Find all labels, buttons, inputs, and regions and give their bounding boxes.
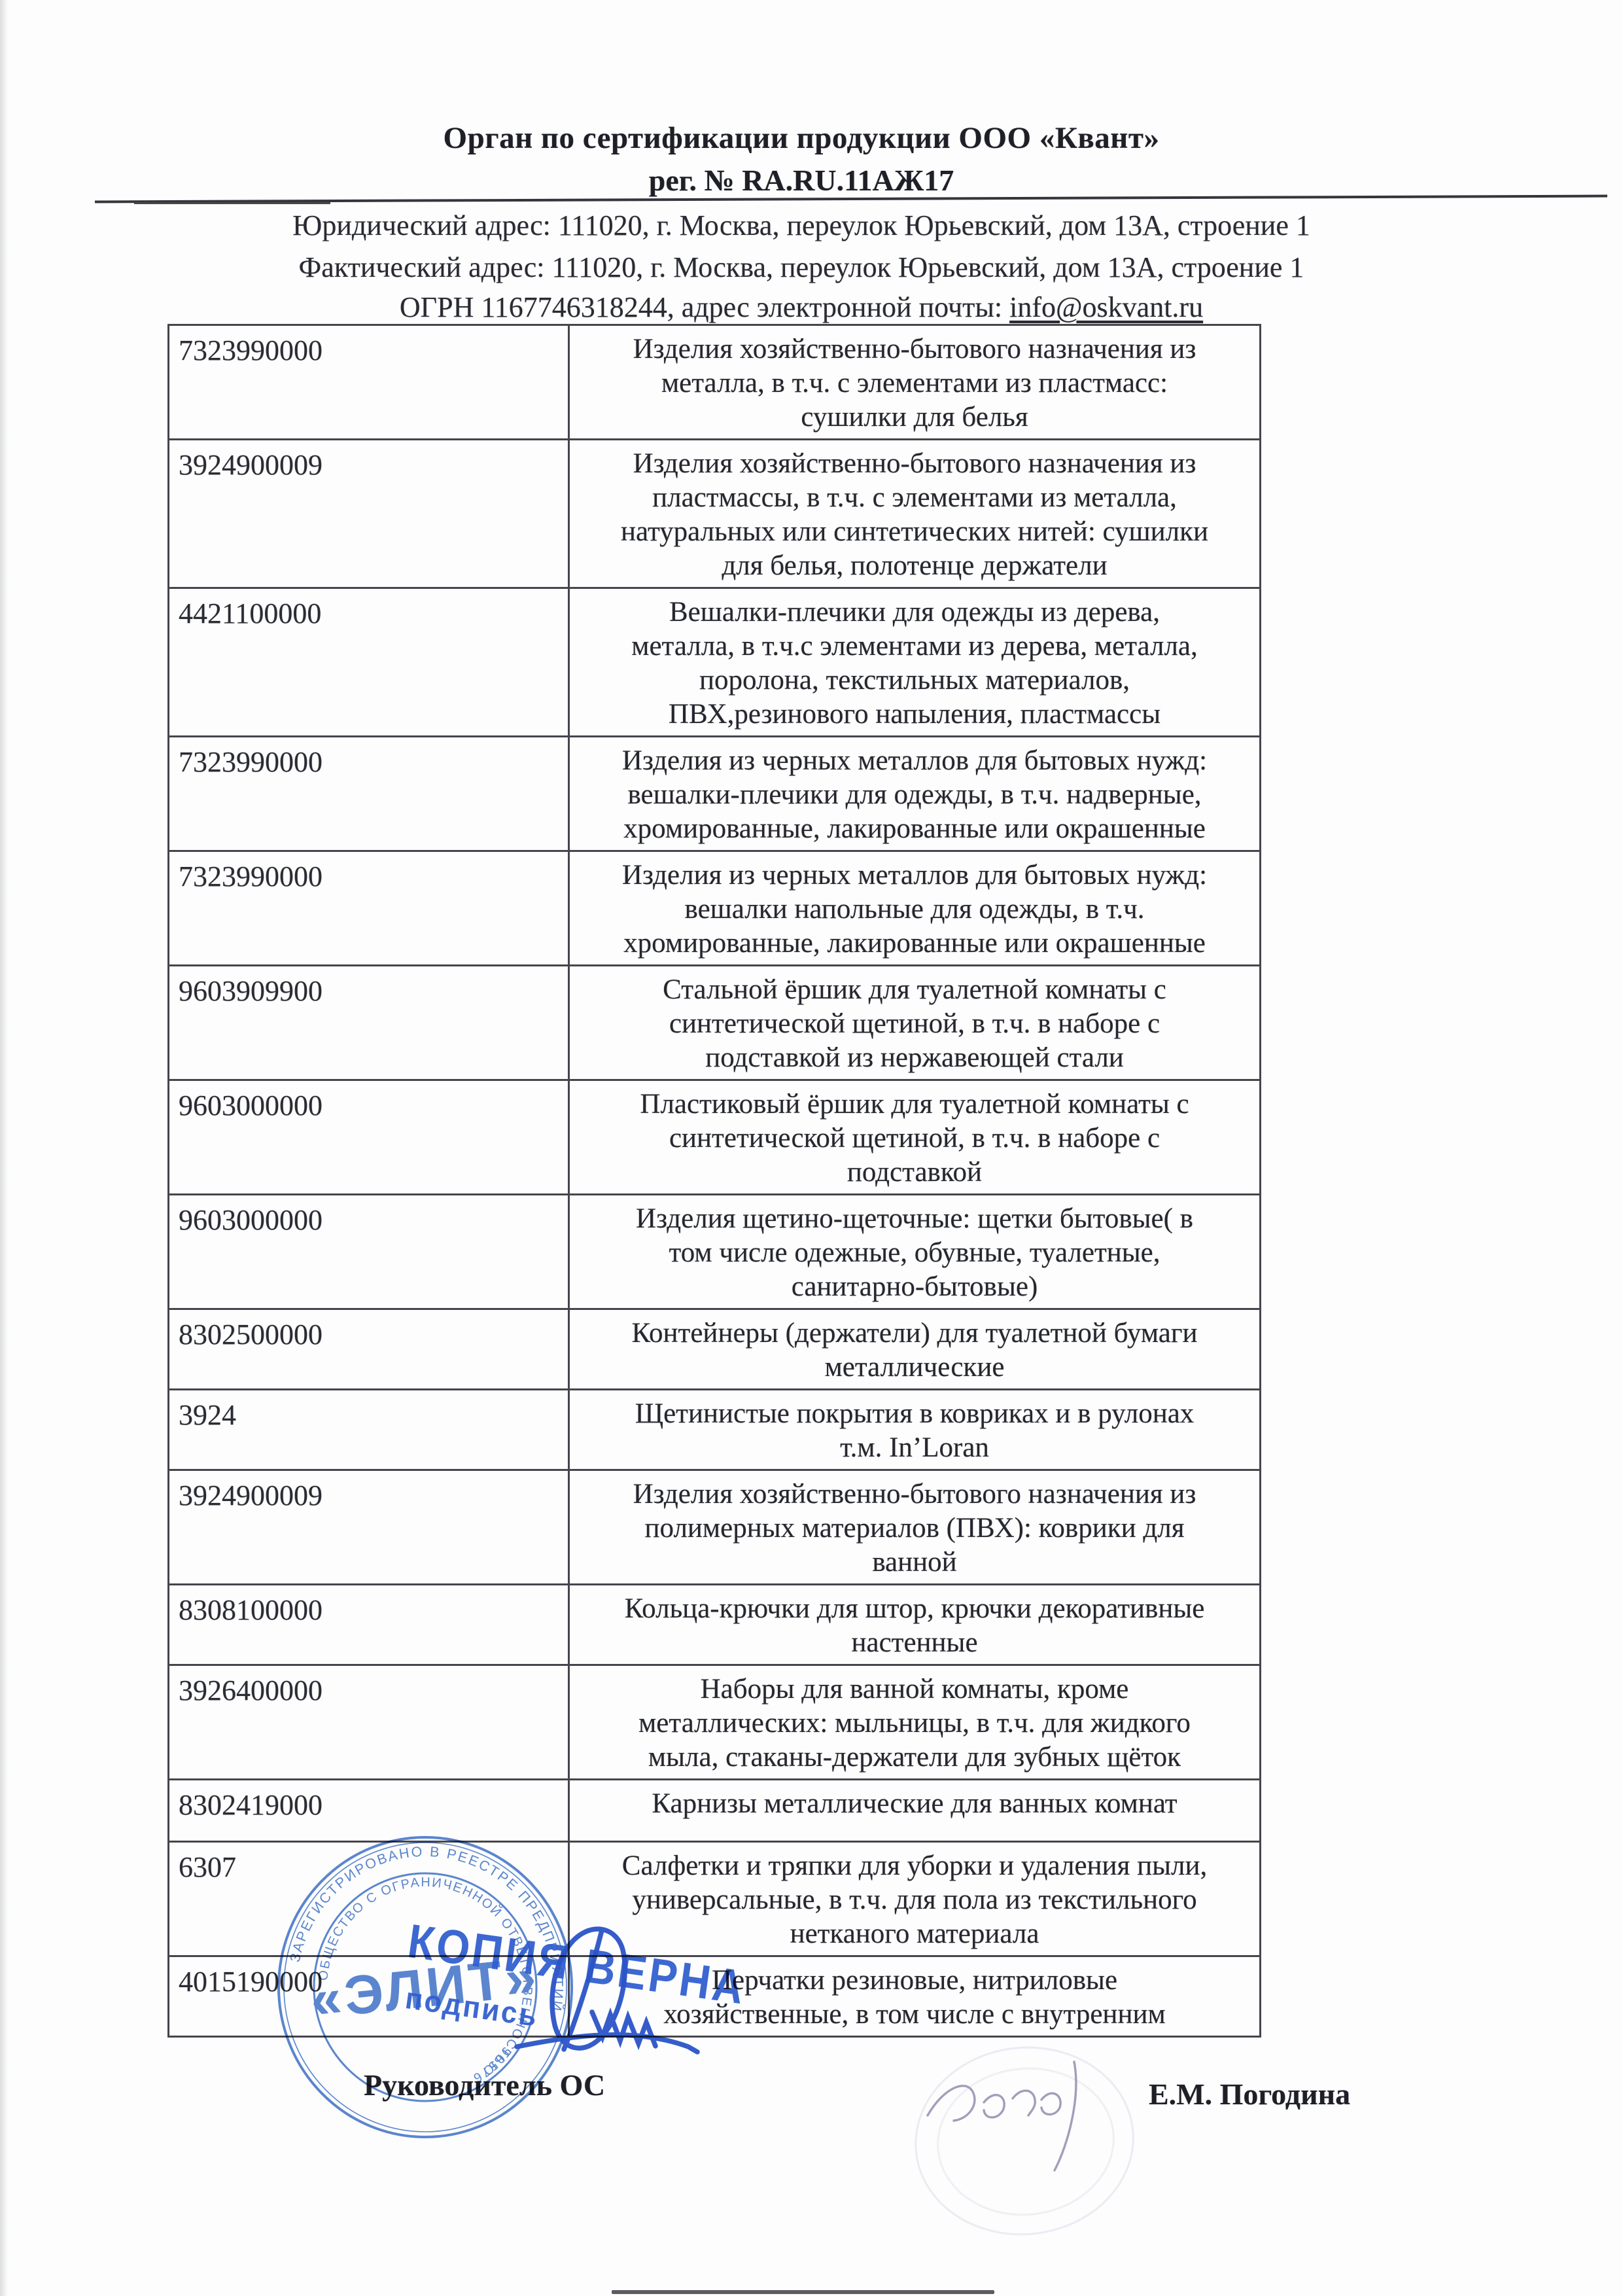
hs-code-cell: 4015190000: [169, 1957, 570, 2036]
signer-position-label: Руководитель ОС: [364, 2068, 605, 2102]
table-row: 7323990000Изделия из черных металлов для…: [169, 852, 1259, 966]
table-row: 3924Щетинистые покрытия в ковриках и в р…: [169, 1390, 1259, 1471]
hs-code-cell: 8302500000: [169, 1310, 570, 1388]
head-signature: [921, 2045, 1143, 2182]
signer-name: Е.М. Погодина: [1149, 2077, 1350, 2111]
product-description-cell: Наборы для ванной комнаты, кроме металли…: [570, 1666, 1259, 1778]
product-description-cell: Щетинистые покрытия в ковриках и в рулон…: [570, 1390, 1259, 1469]
table-row: 8302419000Карнизы металлические для ванн…: [169, 1780, 1259, 1843]
table-row: 7323990000Изделия из черных металлов для…: [169, 737, 1259, 852]
hs-code-cell: 7323990000: [169, 737, 570, 850]
hs-code-cell: 7323990000: [169, 852, 570, 964]
hs-code-cell: 9603000000: [169, 1195, 570, 1308]
product-description-cell: Изделия из черных металлов для бытовых н…: [570, 737, 1259, 850]
product-description-cell: Стальной ёршик для туалетной комнаты с с…: [570, 966, 1259, 1079]
product-description-cell: Контейнеры (держатели) для туалетной бум…: [570, 1310, 1259, 1388]
table-row: 4421100000Вешалки-плечики для одежды из …: [169, 589, 1259, 737]
product-description-cell: Салфетки и тряпки для уборки и удаления …: [570, 1843, 1259, 1955]
table-row: 4015190000Перчатки резиновые, нитриловые…: [169, 1957, 1259, 2038]
hs-code-cell: 3924900009: [169, 1471, 570, 1583]
ogrn-line: ОГРН 1167746318244, адрес электронной по…: [0, 291, 1603, 324]
table-row: 3924900009Изделия хозяйственно-бытового …: [169, 1471, 1259, 1585]
hs-code-cell: 6307: [169, 1843, 570, 1955]
hs-code-cell: 3924900009: [169, 440, 570, 587]
table-row: 3926400000Наборы для ванной комнаты, кро…: [169, 1666, 1259, 1780]
ogrn-text: ОГРН 1167746318244, адрес электронной по…: [400, 291, 1009, 323]
product-description-cell: Кольца-крючки для штор, крючки декоратив…: [570, 1585, 1259, 1664]
scan-edge-artifact: [612, 2290, 994, 2294]
table-row: 3924900009Изделия хозяйственно-бытового …: [169, 440, 1259, 589]
hs-code-cell: 9603909900: [169, 966, 570, 1079]
hs-code-cell: 7323990000: [169, 326, 570, 438]
product-description-cell: Изделия хозяйственно-бытового назначения…: [570, 1471, 1259, 1583]
legal-address: Юридический адрес: 111020, г. Москва, пе…: [0, 209, 1603, 242]
document-page: Орган по сертификации продукции ООО «Ква…: [0, 0, 1623, 2296]
org-reg-number: рег. № RA.RU.11АЖ17: [0, 163, 1603, 198]
product-description-cell: Пластиковый ёршик для туалетной комнаты …: [570, 1081, 1259, 1193]
hs-code-cell: 9603000000: [169, 1081, 570, 1193]
product-description-cell: Изделия хозяйственно-бытового назначения…: [570, 326, 1259, 438]
table-row: 6307Салфетки и тряпки для уборки и удале…: [169, 1843, 1259, 1957]
table-row: 8308100000Кольца-крючки для штор, крючки…: [169, 1585, 1259, 1666]
product-description-cell: Перчатки резиновые, нитриловые хозяйстве…: [570, 1957, 1259, 2036]
product-description-cell: Вешалки-плечики для одежды из дерева, ме…: [570, 589, 1259, 735]
product-description-cell: Изделия щетино-щеточные: щетки бытовые( …: [570, 1195, 1259, 1308]
product-description-cell: Изделия из черных металлов для бытовых н…: [570, 852, 1259, 964]
table-row: 7323990000Изделия хозяйственно-бытового …: [169, 326, 1259, 440]
table-row: 9603000000Пластиковый ёршик для туалетно…: [169, 1081, 1259, 1195]
hs-code-cell: 3926400000: [169, 1666, 570, 1778]
table-row: 9603000000Изделия щетино-щеточные: щетки…: [169, 1195, 1259, 1310]
products-table: 7323990000Изделия хозяйственно-бытового …: [167, 324, 1261, 2038]
hs-code-cell: 4421100000: [169, 589, 570, 735]
product-description-cell: Карнизы металлические для ванных комнат: [570, 1780, 1259, 1841]
product-description-cell: Изделия хозяйственно-бытового назначения…: [570, 440, 1259, 587]
hs-code-cell: 8308100000: [169, 1585, 570, 1664]
header-divider-segment: [134, 202, 330, 204]
table-row: 9603909900Стальной ёршик для туалетной к…: [169, 966, 1259, 1081]
hs-code-cell: 8302419000: [169, 1780, 570, 1841]
hs-code-cell: 3924: [169, 1390, 570, 1469]
table-row: 8302500000Контейнеры (держатели) для туа…: [169, 1310, 1259, 1390]
org-title: Орган по сертификации продукции ООО «Ква…: [0, 120, 1603, 156]
email-text: info@oskvant.ru: [1009, 291, 1203, 323]
actual-address: Фактический адрес: 111020, г. Москва, пе…: [0, 251, 1603, 284]
